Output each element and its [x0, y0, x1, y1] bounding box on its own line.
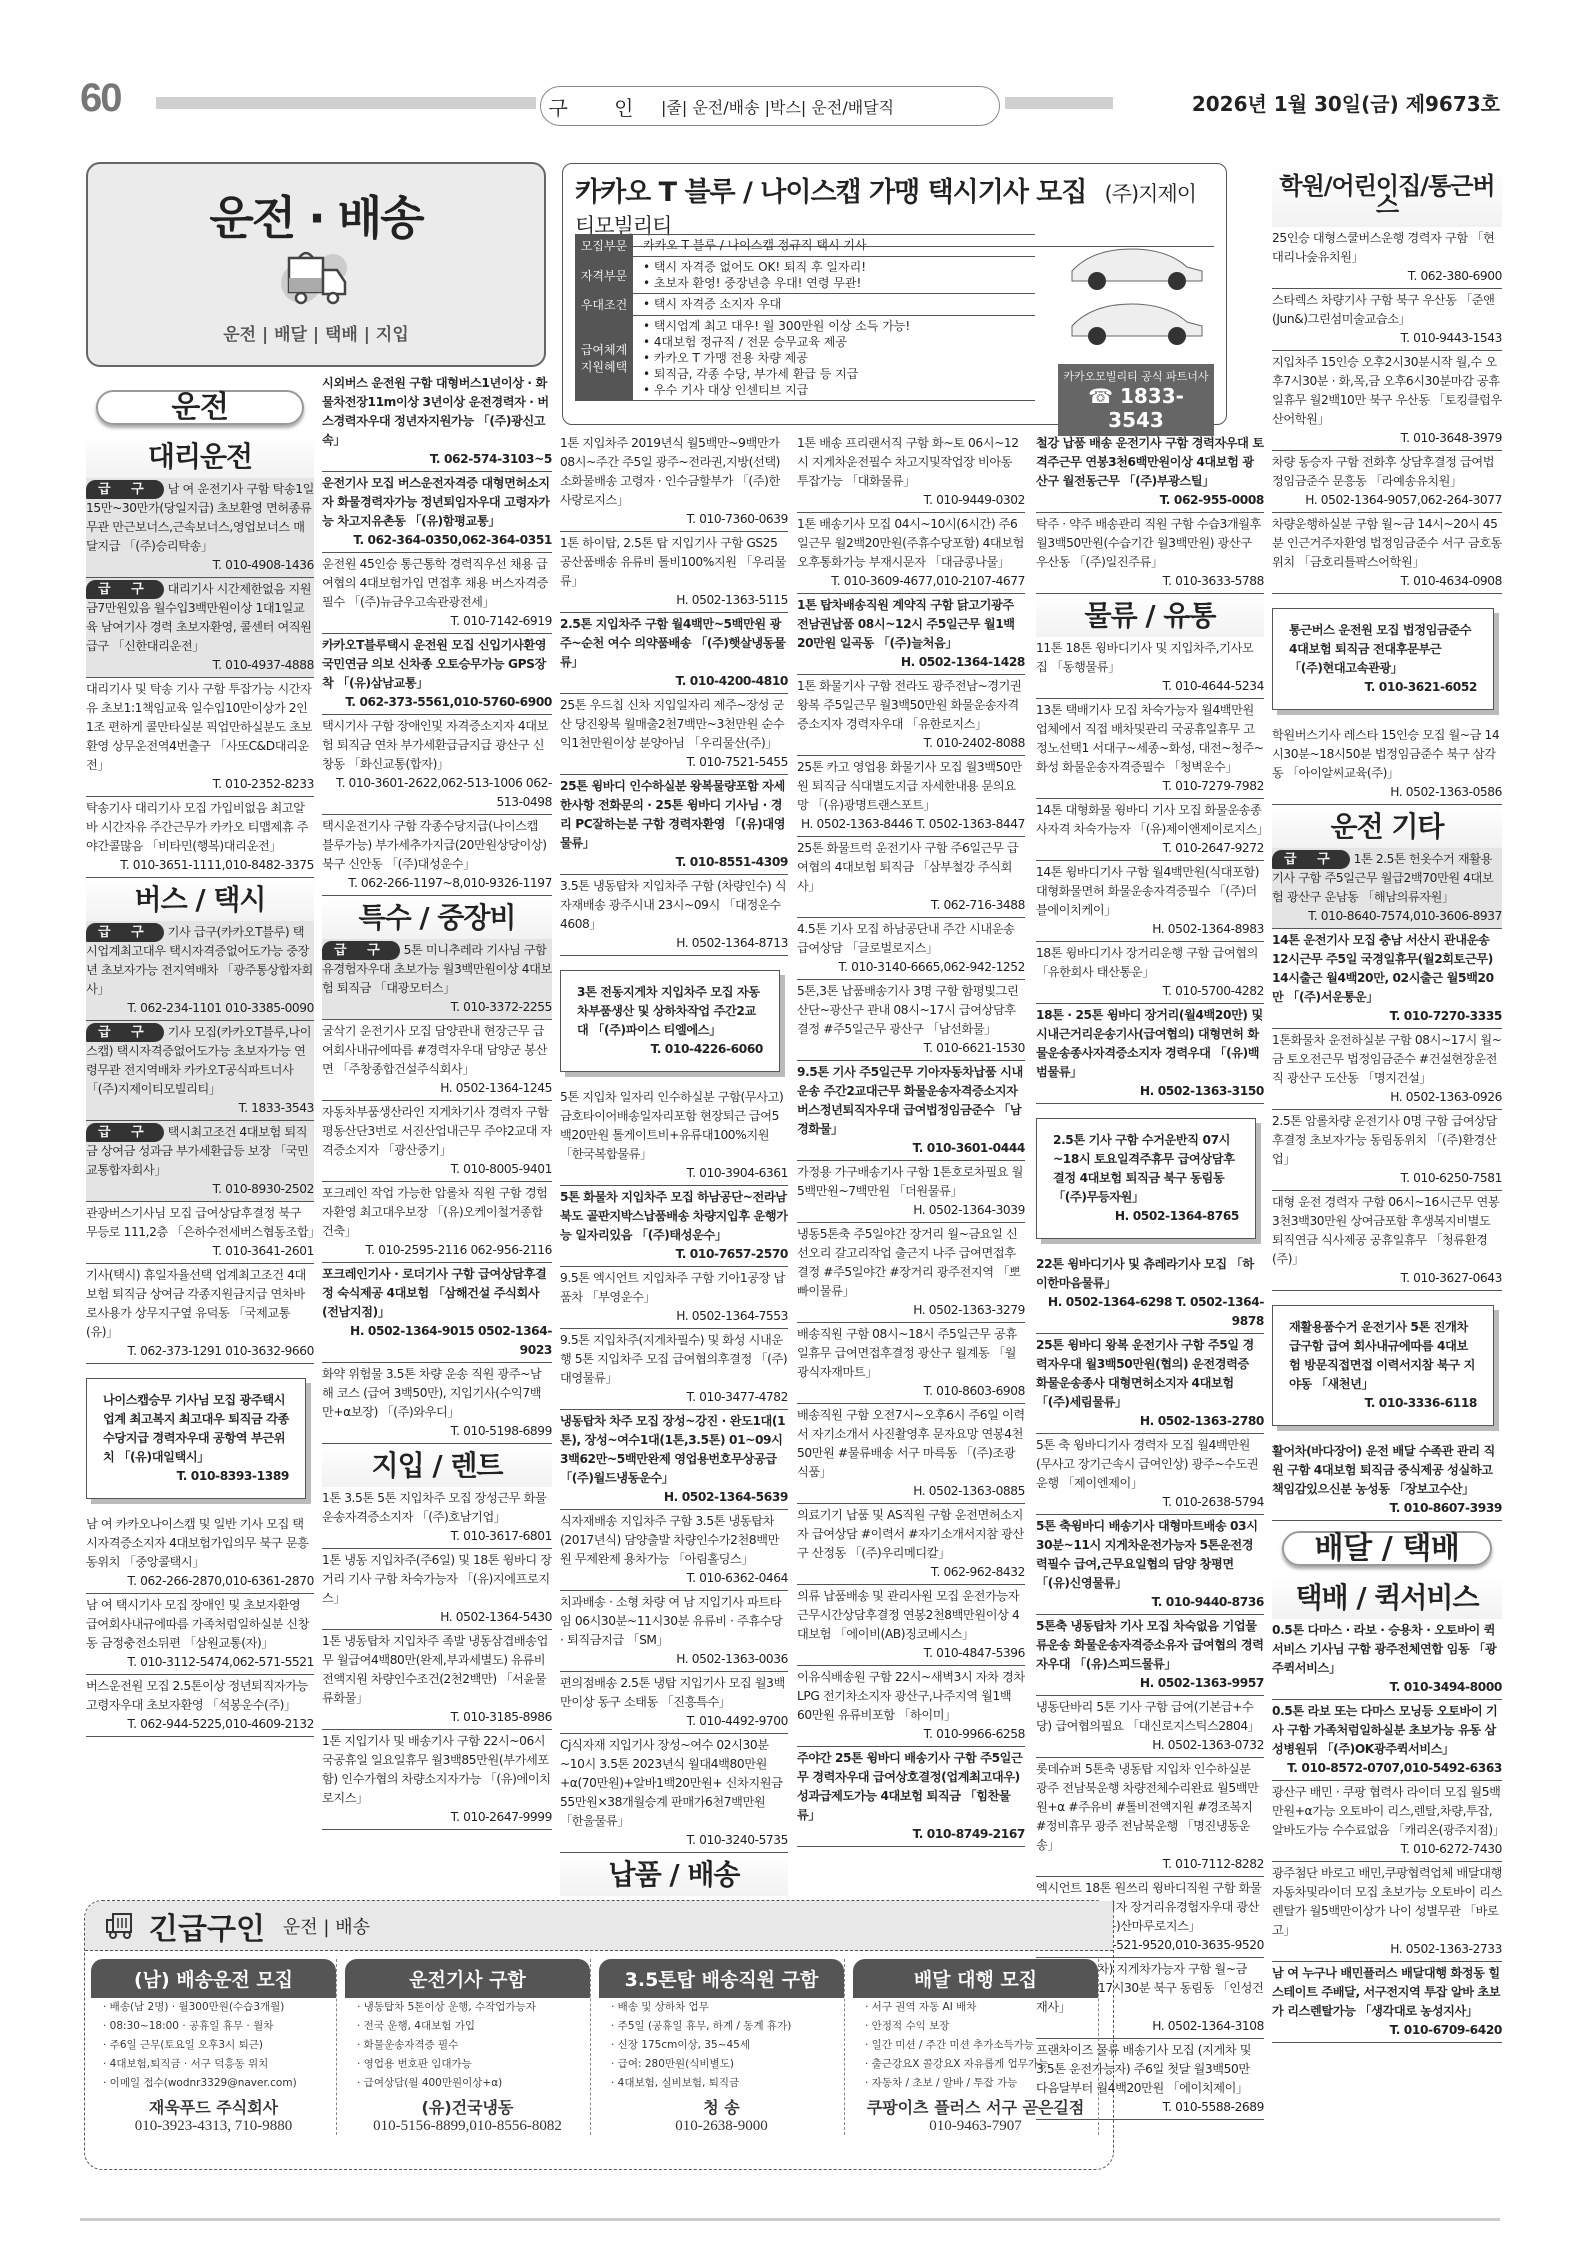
- ad-phone: H. 0502-1363-2733: [1272, 1940, 1502, 1959]
- ad-phone: T. 062-266-2870,010-6361-2870: [86, 1572, 314, 1591]
- classified-ad: Cj식자재 지입기사 장성~여수 02시30분~10시 3.5톤 2023년식 …: [560, 1734, 788, 1853]
- classified-ad: 탁송기사 대리기사 모집 가입비없음 최고알바 시간자유 주간근무가 카카오 티…: [86, 797, 314, 878]
- ad-text: 주야간 25톤 윙바디 배송기사 구함 주5일근무 경력자우대 급여상호결정(업…: [797, 1751, 1022, 1822]
- ad-text: 냉동탑차 차주 모집 장성~강진 · 완도1대(1톤), 장성~여수1대(1톤,…: [560, 1414, 785, 1485]
- ad-text: 탁송기사 대리기사 모집 가입비없음 최고알바 시간자유 주간근무가 카카오 티…: [86, 801, 308, 853]
- issue-date: 2026년 1월 30일(금) 제9673호: [1192, 88, 1500, 117]
- taxi-car-image: [1062, 226, 1212, 346]
- ad-phone: T. 010-3601-0444: [797, 1139, 1025, 1158]
- ad-phone: H. 0502-1363-3279: [797, 1301, 1025, 1320]
- footer-rule: [80, 2218, 1500, 2221]
- classified-ad: 9.5톤 엑시언트 지입차주 구함 기아1공장 납품차 「부영운수」H. 050…: [560, 1267, 788, 1329]
- classified-ad: 급 구남 여 운전기사 구함 탁송1일 15만~30만가(당일지급) 초보환영 …: [86, 478, 314, 578]
- ad-phone: T. 010-8603-6908: [797, 1382, 1025, 1401]
- boxed-ad: 재활용품수거 운전기사 5톤 진개차 급구함 급여 회사내규에따름 4대보험 방…: [1272, 1305, 1494, 1426]
- section-heading: 배달 / 택배: [1282, 1531, 1492, 1566]
- ad-phone: H. 0502-1363-0586: [1272, 783, 1502, 802]
- column-4: 1톤 배송 프리랜서직 구함 화~토 06시~12시 지게차운전필수 차고지및작…: [797, 432, 1025, 1847]
- classified-ad: 1톤 하이탑, 2.5톤 탑 지입기사 구함 GS25 공산품배송 유류비 톨비…: [560, 532, 788, 613]
- subsection-heading: 특수 / 중장비: [322, 896, 552, 939]
- classified-ad: 11톤 18톤 윙바디기사 및 지입차주,기사모집 「동행물류」T. 010-4…: [1036, 637, 1264, 699]
- ad-list: 학원버스기사 레스타 15인승 모집 월~금 14시30분~18시50분 법정임…: [1272, 724, 1502, 805]
- ad-phone: T. 010-3609-4677,010-2107-4677: [797, 572, 1025, 591]
- classified-ad: 남 여 누구나 배민플러스 배달대행 화정동 힐스테이트 주배달, 서구전지역 …: [1272, 1962, 1502, 2043]
- ad-text: 25톤 화물트럭 운전기사 구함 주6일근무 급여협의 4대보험 퇴직금 「삼부…: [797, 841, 1018, 893]
- ad-phone: H. 0502-1364-1428: [797, 653, 1025, 672]
- emergency-header: 긴급구인 운전 | 배송: [85, 1901, 1113, 1951]
- ad-text: 치과배송 · 소형 차량 여 남 지입기사 파트타임 06시30분~11시30분…: [560, 1595, 783, 1647]
- card-item: · 안정적 수익 보장: [853, 2017, 1098, 2036]
- ad-text: 11톤 18톤 윙바디기사 및 지입차주,기사모집 「동행물류」: [1036, 641, 1253, 674]
- ad-phone: T. 010-7657-2570: [560, 1245, 788, 1264]
- classified-ad: 2.5톤 지입차주 구함 월4백만~5백만원 광주~순천 여수 의약품배송 「(…: [560, 613, 788, 694]
- classified-ad: 의료기기 납품 및 AS직원 구함 운전면허소지자 급여상담 #이력서 #자기소…: [797, 1504, 1025, 1585]
- classified-ad: 14톤 윙바디기사 구함 월4백만원(식대포함) 대형화물면허 화물운송자격증필…: [1036, 861, 1264, 942]
- classified-ad: 5톤축 냉동탑차 기사 모집 차숙없음 기업물류운송 화물운송자격증소유자 급여…: [1036, 1615, 1264, 1696]
- classified-ad: 대형 운전 경력자 구함 06시~16시근무 연봉3천3백30만원 상여금포함 …: [1272, 1191, 1502, 1291]
- classified-ad: 냉동5톤축 주5일야간 장거리 월~금요일 신선오리 갈고리작업 출근지 나주 …: [797, 1223, 1025, 1323]
- ad-text: 5톤,3톤 납품배송기사 3명 구함 함평빛그린산단~광산구 관내 08시~17…: [797, 984, 1018, 1036]
- classified-ad: 탁주 · 약주 배송관리 직원 구함 수습3개월후 월3백50만원(수습기간 월…: [1036, 513, 1264, 594]
- classified-ad: 1톤화물차 운전하실분 구함 08시~17시 월~금 토오전근무 법정임금준수 …: [1272, 1029, 1502, 1110]
- ad-list: 급 구1톤 2.5톤 헌옷수거 재활용기사 구함 주5일근무 월급2백70만원 …: [1272, 848, 1502, 1291]
- ad-phone: T. 010-3601-2622,062-513-1006 062-513-04…: [322, 774, 552, 812]
- ad-text: 편의점배송 2.5톤 냉탑 지입기사 모집 월3백만이상 동구 소태동 「진흥특…: [560, 1676, 785, 1709]
- ad-text: 택시기사 구함 장애인및 자격증소지자 4대보험 퇴직금 연차 부가세환급금지급…: [322, 719, 548, 771]
- emergency-title: 긴급구인: [149, 1904, 265, 1948]
- card-phone: 010-2638-9000: [599, 2118, 844, 2135]
- ad-text: 1톤 지입기사 및 배송기사 구함 22시~06시 국공휴일 일요일휴무 월3백…: [322, 1734, 551, 1805]
- ad-list: 철강 납품 배송 운전기사 구함 경력자우대 토격주근무 연봉3천6백만원이상 …: [1036, 432, 1264, 594]
- classified-ad: 배송직원 구함 08시~18시 주5일근무 공휴일휴무 급여면접후결정 광산구 …: [797, 1323, 1025, 1404]
- classified-ad: 배송직원 구함 오전7시~오후6시 주6일 이력서 자기소개서 사진촬영후 문자…: [797, 1404, 1025, 1504]
- classified-ad: 남 여 택시기사 모집 장애인 및 초보자환영 급여회사내규에따름 가족처럼일하…: [86, 1594, 314, 1675]
- card-item: · 전국 운행, 4대보험 가입: [345, 2017, 590, 2036]
- emergency-subtitle: 운전 | 배송: [283, 1913, 370, 1939]
- ad-phone: T. 010-9966-6258: [797, 1725, 1025, 1744]
- column-2: 시외버스 운전원 구함 대형버스1년이상 · 화물차전장11m이상 3년이상 운…: [322, 372, 552, 1830]
- ad-phone: T. 010-4847-5396: [797, 1644, 1025, 1663]
- classified-ad: 1톤 냉동탑차 지입차주 족발 냉동삼겹배송업무 월급여4백80만(완제,부과세…: [322, 1630, 552, 1730]
- classified-ad: 급 구1톤 2.5톤 헌옷수거 재활용기사 구함 주5일근무 월급2백70만원 …: [1272, 848, 1502, 929]
- card-item: · 자동차 / 초보 / 알바 / 투잡 가능: [853, 2074, 1098, 2093]
- card-heading: 운전기사 구함: [345, 1959, 590, 1998]
- ad-text: 의료기기 납품 및 AS직원 구함 운전면허소지자 급여상담 #이력서 #자기소…: [797, 1508, 1024, 1560]
- ad-phone: T. 010-8749-2167: [797, 1825, 1025, 1844]
- classified-ad: 14톤 운전기사 모집 충남 서산시 관내운송 12시근무 주5일 국경일휴무(…: [1272, 929, 1502, 1029]
- ad-phone: T. 010-3336-6118: [1289, 1394, 1477, 1413]
- ad-phone: T. 010-8930-2502: [86, 1180, 314, 1199]
- ad-phone: T. 010-2638-5794: [1036, 1493, 1264, 1512]
- ad-phone: T. 010-7521-5455: [560, 753, 788, 772]
- ad-text: 광산구 배민 · 쿠팡 협력사 라이더 모집 월5백만원+α가능 오토바이 리스…: [1272, 1785, 1505, 1837]
- classified-ad: 롯데슈퍼 5톤축 냉동탑 지입차 인수하실분 광주 전남북운행 차량전체수리완료…: [1036, 1758, 1264, 1877]
- ad-phone: T. 010-3240-5735: [560, 1831, 788, 1850]
- ad-phone: T. 062-716-3488: [797, 896, 1025, 915]
- ad-phone: T. 010-8005-9401: [322, 1160, 552, 1179]
- classified-ad: 5톤 지입차 일자리 인수하실분 구함(무사고) 금호타이어배송일자리포함 현장…: [560, 1086, 788, 1186]
- ad-list: 1톤 3.5톤 5톤 지입차주 모집 장성근무 화물운송자격증소지자 「(주)호…: [322, 1487, 552, 1830]
- urgent-badge: 급 구: [86, 1023, 164, 1042]
- subsection-heading: 지입 / 렌트: [322, 1444, 552, 1487]
- ad-phone: T. 010-3633-5788: [1036, 572, 1264, 591]
- classified-ad: 25톤 윙바디 왕복 운전기사 구함 주5일 경력자우대 월3백50만원(협의)…: [1036, 1334, 1264, 1434]
- ad-text: Cj식자재 지입기사 장성~여수 02시30분~10시 3.5톤 2023년식 …: [560, 1738, 783, 1828]
- ad-text: 13톤 택배기사 모집 차숙가능자 월4백만원 업체에서 직접 배차및관리 국공…: [1036, 703, 1264, 774]
- ad-text: 차량 동승자 구함 전화후 상담후결정 급여법정임금준수 문흥동 「라예송유치원…: [1272, 455, 1494, 488]
- ad-text: 굴삭기 운전기사 모집 담양관내 현장근무 급여회사내규에따름 #경력자우대 담…: [322, 1024, 547, 1076]
- classified-ad: 굴삭기 운전기사 모집 담양관내 현장근무 급여회사내규에따름 #경력자우대 담…: [322, 1020, 552, 1101]
- ad-phone: T. 1833-3543: [86, 1099, 314, 1118]
- ad-phone: T. 010-8607-3939: [1272, 1499, 1502, 1518]
- ad-text: 1톤 하이탑, 2.5톤 탑 지입기사 구함 GS25 공산품배송 유류비 톨비…: [560, 536, 786, 588]
- urgent-badge: 급 구: [86, 923, 164, 942]
- ad-phone: T. 010-2647-9999: [322, 1808, 552, 1827]
- classified-ad: 1톤 3.5톤 5톤 지입차주 모집 장성근무 화물운송자격증소지자 「(주)호…: [322, 1487, 552, 1549]
- ad-phone: T. 010-3617-6801: [322, 1527, 552, 1546]
- ad-text: 25톤 우드칩 신차 지입일자리 제주~장성 군산 당진왕복 월매출2천7백만~…: [560, 698, 784, 750]
- ad-phone: H. 0502-1363-2780: [1036, 1412, 1264, 1431]
- classified-ad: 대리기사 및 탁송 기사 구함 투잡가능 시간자유 초보1:1책임교육 일수입1…: [86, 678, 314, 797]
- urgent-badge: 급 구: [86, 580, 164, 599]
- header-rule: [1005, 97, 1113, 109]
- card-item: · 4대보험,퇴직금 · 서구 덕흥동 위치: [91, 2055, 336, 2074]
- classified-ad: 9.5톤 기사 주5일근무 기아자동차납품 시내운송 주간2교대근무 화물운송자…: [797, 1061, 1025, 1161]
- ad-text: 남 여 카카오나이스캡 및 일반 기사 모집 택시자격증소지자 4대보험가입의무…: [86, 1517, 309, 1569]
- subsection-heading: 택배 / 퀵서비스: [1272, 1576, 1502, 1619]
- ad-phone: H. 0502-1363-8446 T. 0502-1363-8447: [797, 815, 1025, 834]
- ad-text: 배송직원 구함 08시~18시 주5일근무 공휴일휴무 급여면접후결정 광산구 …: [797, 1327, 1017, 1379]
- ad-phone: T. 010-4200-4810: [560, 672, 788, 691]
- classified-ad: 1톤 배송 프리랜서직 구함 화~토 06시~12시 지게차운전필수 차고지및작…: [797, 432, 1025, 513]
- ad-text: 5톤축 냉동탑차 기사 모집 차숙없음 기업물류운송 화물운송자격증소유자 급여…: [1036, 1619, 1264, 1671]
- ad-text: 차량운행하실분 구함 월~금 14시~20시 45분 인근거주자환영 법정임금준…: [1272, 517, 1502, 569]
- classified-ad: 관광버스기사님 모집 급여상담후결정 북구 무등로 111,2층 「은하수전세버…: [86, 1202, 314, 1264]
- card-item: · 냉동탑차 5톤이상 운행, 수작업가능자: [345, 1998, 590, 2017]
- ad-list: 급 구5톤 미니추레라 기사님 구함 유경험자우대 초보가능 월3백만원이상 4…: [322, 939, 552, 1444]
- ad-phone: H. 0502-1364-8713: [560, 934, 788, 953]
- card-phone: 010-9463-7907: [853, 2118, 1098, 2135]
- ad-text: 14톤 대형화물 윙바디 기사 모집 화물운송종사자격 차숙가능자 「(유)제이…: [1036, 803, 1269, 836]
- classified-ad: 18톤 · 25톤 윙바디 장거리(월4백20만) 및 시내근거리운송기사(급여…: [1036, 1004, 1264, 1104]
- ad-phone: T. 010-4492-9700: [560, 1712, 788, 1731]
- ad-phone: H. 0502-1364-8765: [1053, 1207, 1239, 1226]
- classified-ad: 5톤 축윙바디 배송기사 대형마트배송 03시30분~11시 지게차운전가능자 …: [1036, 1515, 1264, 1615]
- card-item: · 이메일 접수(wodnr3329@naver.com): [91, 2074, 336, 2093]
- row-text: 카카오 T 블루 / 나이스캡 정규직 택시 기사: [633, 235, 877, 256]
- ad-phone: T. 010-3621-6052: [1289, 678, 1477, 697]
- ad-text: 철강 납품 배송 운전기사 구함 경력자우대 토격주근무 연봉3천6백만원이상 …: [1036, 436, 1264, 488]
- classified-ad: 1톤 지입기사 및 배송기사 구함 22시~06시 국공휴일 일요일휴무 월3백…: [322, 1730, 552, 1830]
- ad-text: 18톤 · 25톤 윙바디 장거리(월4백20만) 및 시내근거리운송기사(급여…: [1036, 1008, 1263, 1079]
- boxed-ad: 나이스캡승무 기사님 모집 광주택시업계 최고복지 최고대우 퇴직금 각종수당지…: [86, 1378, 306, 1499]
- classified-ad: 스타렉스 차량기사 구함 북구 우산동 「준앤(Jun&)그린섬미술교습소」T.…: [1272, 289, 1502, 351]
- ad-phone: H. 0502-1364-9015 0502-1364-9023: [322, 1322, 552, 1360]
- ad-list: 1톤 지입차주 2019년식 월5백만~9백만가 08시~주간 주5일 광주~전…: [560, 432, 788, 956]
- column-5: 철강 납품 배송 운전기사 구함 경력자우대 토격주근무 연봉3천6백만원이상 …: [1036, 432, 1264, 2120]
- ad-phone: H. 0502-1363-0036: [560, 1650, 788, 1669]
- ad-list: 급 구남 여 운전기사 구함 탁송1일 15만~30만가(당일지급) 초보환영 …: [86, 478, 314, 878]
- card-item: · 4대보험, 실비보험, 퇴직금: [599, 2074, 844, 2093]
- ad-phone: T. 062-574-3103~5: [322, 450, 552, 469]
- classified-ad: 치과배송 · 소형 차량 여 남 지입기사 파트타임 06시30분~11시30분…: [560, 1591, 788, 1672]
- card-item: · 급여상담(월 400만원이상+α): [345, 2074, 590, 2093]
- card-company: 재욱푸드 주식회사: [91, 2095, 336, 2118]
- ad-phone: T. 010-2647-9272: [1036, 839, 1264, 858]
- ad-phone: T. 010-3112-5474,062-571-5521: [86, 1653, 314, 1672]
- truck-icon: [105, 1912, 139, 1940]
- page-number: 60: [80, 76, 121, 121]
- ad-phone: H. 0502-1363-0885: [797, 1482, 1025, 1501]
- ad-list: 0.5톤 다마스 · 라보 · 승용차 · 오토바이 퀵서비스 기사님 구함 광…: [1272, 1619, 1502, 2043]
- ad-text: 9.5톤 지입차주(지게차필수) 및 화성 시내운행 5톤 지입차주 모집 급여…: [560, 1333, 787, 1385]
- classified-ad: 13톤 택배기사 모집 차숙가능자 월4백만원 업체에서 직접 배차및관리 국공…: [1036, 699, 1264, 799]
- classified-ad: 화약 위험물 3.5톤 차량 운송 직원 광주~남해 코스 (급여 3백50만)…: [322, 1363, 552, 1444]
- ad-phone: T. 010-8393-1389: [103, 1467, 289, 1486]
- classified-ad: 18톤 윙바디기사 장거리운행 구함 급여협의 「유한회사 태산통운」T. 01…: [1036, 942, 1264, 1004]
- ad-phone: T. 010-2595-2116 062-956-2116: [322, 1241, 552, 1260]
- ad-text: 남 여 택시기사 모집 장애인 및 초보자환영 급여회사내규에따름 가족처럼일하…: [86, 1598, 309, 1650]
- ad-phone: T. 010-8572-0707,010-5492-6363: [1272, 1759, 1502, 1778]
- ad-phone: T. 010-6709-6420: [1272, 2021, 1502, 2040]
- classified-ad: 25인승 대형스쿨버스운행 경력자 구함 「현대리나숲유치원」T. 062-38…: [1272, 227, 1502, 289]
- ad-phone: T. 010-2402-8088: [797, 734, 1025, 753]
- card-company: 쿠팡이츠 플러스 서구 곧은길점: [853, 2095, 1098, 2118]
- ad-phone: T. 062-234-1101 010-3385-0090: [86, 999, 314, 1018]
- card-company: (유)건국냉동: [345, 2095, 590, 2118]
- ad-text: 5톤 축 윙바디기사 경력자 모집 월4백만원 (무사고 장기근속시 급여인상)…: [1036, 1438, 1258, 1490]
- kakao-taxi-ad: 카카오 T 블루 / 나이스캡 가맹 택시기사 모집(주)지제이티모빌리티 모집…: [562, 163, 1227, 425]
- section-tab: 구 인 |줄| 운전/배송 |박스| 운전/배달직: [540, 86, 1000, 126]
- page-header: 60 구 인 |줄| 운전/배송 |박스| 운전/배달직 2026년 1월 30…: [80, 82, 1500, 118]
- ad-text: 2.5톤 암롤차량 운전기사 0명 구함 급여상담후결정 초보자가능 동림동위치…: [1272, 1114, 1497, 1166]
- classified-ad: 급 구기사 모집(카카오T블루,나이스캡) 택시자격증없어도가능 초보자가능 연…: [86, 1021, 314, 1121]
- ad-text: 광주첨단 바로고 배민,쿠팡협력업체 배달대행 자동차및라이더 모집 초보가능 …: [1272, 1866, 1502, 1937]
- card-item: · 신장 175cm이상, 35~45세: [599, 2036, 844, 2055]
- classified-ad: 1톤 배송기사 모집 04시~10시(6시간) 주6일근무 월2백20만원(주휴…: [797, 513, 1025, 594]
- ad-phone: T. 010-3641-2601: [86, 1242, 314, 1261]
- classified-ad: 포크레인 작업 가능한 압롤차 직원 구함 경험자환영 최고대우보장 「(유)오…: [322, 1182, 552, 1263]
- ad-text: 포크레인기사 · 로더기사 구함 급여상담후결정 숙식제공 4대보험 「삼해건설…: [322, 1267, 546, 1319]
- ad-text: 대리기사 및 탁송 기사 구함 투잡가능 시간자유 초보1:1책임교육 일수입1…: [86, 682, 312, 772]
- classified-ad: 포크레인기사 · 로더기사 구함 급여상담후결정 숙식제공 4대보험 「삼해건설…: [322, 1263, 552, 1363]
- ad-phone: T. 010-4226-6060: [577, 1040, 763, 1059]
- section-title: 구 인: [541, 92, 661, 121]
- ad-phone: T. 062-962-8432: [797, 1563, 1025, 1582]
- card-item: · 출근강요X 콜강요X 자유롭게 업무가능: [853, 2055, 1098, 2074]
- row-label: 자격부문: [575, 257, 633, 293]
- ad-list: 급 구기사 급구(카카오T블루) 택시업계최고대우 택시자격증없어도가능 중장년…: [86, 921, 314, 1364]
- ad-text: 3.5톤 냉동탑차 지입차주 구함 (차량인수) 식자재배송 광주시내 23시~…: [560, 879, 786, 931]
- ad-text: 의류 납품배송 및 관리사원 모집 운전가능자 근무시간상담후결정 연봉2천8백…: [797, 1589, 1019, 1641]
- ad-phone: T. 010-4644-5234: [1036, 677, 1264, 696]
- ad-phone: H. 0502-1364-5639: [560, 1488, 788, 1507]
- ad-title: 카카오 T 블루 / 나이스캡 가맹 택시기사 모집: [575, 177, 1086, 208]
- classified-ad: 냉동탑차 차주 모집 장성~강진 · 완도1대(1톤), 장성~여수1대(1톤,…: [560, 1410, 788, 1510]
- ad-phone: T. 010-3477-4782: [560, 1388, 788, 1407]
- ad-phone: H. 0502-1363-0926: [1272, 1088, 1502, 1107]
- ad-text: 화약 위험물 3.5톤 차량 운송 직원 광주~남해 코스 (급여 3백50만)…: [322, 1367, 541, 1419]
- ad-phone: T. 062-364-0350,062-364-0351: [322, 531, 552, 550]
- ad-phone: H. 0502-1363-3150: [1036, 1082, 1264, 1101]
- ad-phone: T. 010-3651-1111,010-8482-3375: [86, 856, 314, 875]
- column-1: 운전 대리운전 급 구남 여 운전기사 구함 탁송1일 15만~30만가(당일지…: [86, 380, 314, 1737]
- subsection-heading: 납품 / 배송: [560, 1853, 788, 1896]
- partner-phone-box: 카카오모빌리티 공식 파트너사 ☎ 1833-3543: [1058, 364, 1214, 436]
- ad-phone: T. 010-8640-7574,010-3606-8937: [1272, 907, 1502, 926]
- ad-text: 재활용품수거 운전기사 5톤 진개차 급구함 급여 회사내규에따름 4대보험 방…: [1289, 1318, 1477, 1394]
- classified-ad: 버스운전원 모집 2.5톤이상 정년퇴직자가능 고령자우대 초보자환영 「석봉운…: [86, 1675, 314, 1737]
- ad-text: 5톤 축윙바디 배송기사 대형마트배송 03시30분~11시 지게차운전가능자 …: [1036, 1519, 1258, 1590]
- card-item: · 서구 권역 자동 AI 배차: [853, 1998, 1098, 2017]
- delivery-truck-bag-icon: [271, 248, 361, 308]
- ad-phone: H. 0502-1364-7553: [560, 1307, 788, 1326]
- ad-text: 활어차(바다장어) 운전 배달 수족관 관리 직원 구함 4대보험 퇴직금 중식…: [1272, 1444, 1495, 1496]
- classified-ad: 1톤 지입차주 2019년식 월5백만~9백만가 08시~주간 주5일 광주~전…: [560, 432, 788, 532]
- boxed-ad: 3톤 전동지게차 지입차주 모집 자동차부품생산 및 상하차작업 주간2교대 「…: [560, 970, 780, 1072]
- ad-text: 시외버스 운전원 구함 대형버스1년이상 · 화물차전장11m이상 3년이상 운…: [322, 376, 549, 447]
- ad-phone: H. 0502-1364-5430: [322, 1608, 552, 1627]
- category-banner: 운전 · 배송 운전 | 배달 | 택배 | 지입: [86, 162, 546, 367]
- classified-ad: 급 구5톤 미니추레라 기사님 구함 유경험자우대 초보가능 월3백만원이상 4…: [322, 939, 552, 1020]
- emergency-card: 3.5톤탑 배송직원 구함· 배송 및 상하차 업무· 주5일 (공휴일 휴무,…: [599, 1959, 845, 2135]
- ad-phone: H. 0502-1364-8983: [1036, 920, 1264, 939]
- ad-phone: H. 0502-1364-1245: [322, 1079, 552, 1098]
- ad-phone: T. 062-944-5225,010-4609-2132: [86, 1715, 314, 1734]
- ad-text: 0.5톤 라보 또는 다마스 모닝등 오토바이 기사 구함 가족처럼일하실분 초…: [1272, 1704, 1497, 1756]
- ad-text: 14톤 윙바디기사 구함 월4백만원(식대포함) 대형화물면허 화물운송자격증필…: [1036, 865, 1259, 917]
- ad-phone: T. 062-266-1197~8,010-9326-1197: [322, 874, 552, 893]
- row-text: • 택시 자격증 없어도 OK! 퇴직 후 일자리! • 초보자 환영! 중장년…: [633, 257, 876, 293]
- section-subtitle: |줄| 운전/배송 |박스| 운전/배달직: [661, 95, 894, 118]
- classified-ad: 3.5톤 냉동탑차 지입차주 구함 (차량인수) 식자재배송 광주시내 23시~…: [560, 875, 788, 956]
- ad-text: 1톤 3.5톤 5톤 지입차주 모집 장성근무 화물운송자격증소지자 「(주)호…: [322, 1491, 546, 1524]
- ad-text: 25톤 윙바디 인수하실분 왕복물량포함 자세한사항 전화문의 · 25톤 윙바…: [560, 779, 785, 850]
- ad-phone: T. 010-6272-7430: [1272, 1840, 1502, 1859]
- ad-text: 나이스캡승무 기사님 모집 광주택시업계 최고복지 최고대우 퇴직금 각종수당지…: [103, 1391, 289, 1467]
- ad-text: 가정용 가구배송기사 구함 1톤호로차필요 월5백만원~7백만원 「더원물류」: [797, 1165, 1023, 1198]
- ad-text: 남 여 누구나 배민플러스 배달대행 화정동 힐스테이트 주배달, 서구전지역 …: [1272, 1966, 1500, 2018]
- ad-text: 식자재배송 지입차주 구함 3.5톤 냉동탑차(2017년식) 담양출발 차량인…: [560, 1514, 779, 1566]
- ad-text: 포크레인 작업 가능한 압롤차 직원 구함 경험자환영 최고대우보장 「(유)오…: [322, 1186, 548, 1238]
- emergency-card: (남) 배송운전 모집· 배송(남 2명) · 월300만원(수습3개월)· 0…: [91, 1959, 337, 2135]
- ad-phone: H. 0502-1364-6298 T. 0502-1364-9878: [1036, 1293, 1264, 1331]
- card-item: · 일간 미션 / 주간 미션 추가소득가능: [853, 2036, 1098, 2055]
- classified-ad: 지입차주 15인승 오후2시30분시작 월,수 오후7시30분 · 화,목,금 …: [1272, 351, 1502, 451]
- classified-ad: 5톤 축 윙바디기사 경력자 모집 월4백만원 (무사고 장기근속시 급여인상)…: [1036, 1434, 1264, 1515]
- ad-phone: T. 010-9440-8736: [1036, 1593, 1264, 1612]
- ad-text: 0.5톤 다마스 · 라보 · 승용차 · 오토바이 퀵서비스 기사님 구함 광…: [1272, 1623, 1496, 1675]
- ad-text: 1톤 탑차배송직원 계약직 구함 닭고기광주전남권납품 08시~12시 주5일근…: [797, 598, 1015, 650]
- card-heading: 3.5톤탑 배송직원 구함: [599, 1959, 844, 1998]
- ad-phone: T. 010-5198-6899: [322, 1422, 552, 1441]
- ad-phone: T. 010-4634-0908: [1272, 572, 1502, 591]
- ad-list: 활어차(바다장어) 운전 배달 수족관 관리 직원 구함 4대보험 퇴직금 중식…: [1272, 1440, 1502, 1521]
- ad-text: 1톤 지입차주 2019년식 월5백만~9백만가 08시~주간 주5일 광주~전…: [560, 436, 780, 507]
- ad-text: 스타렉스 차량기사 구함 북구 우산동 「준앤(Jun&)그린섬미술교습소」: [1272, 293, 1495, 326]
- urgent-badge: 급 구: [86, 1123, 164, 1142]
- subsection-heading: 운전 기타: [1272, 805, 1502, 848]
- ad-text: 5톤 화물차 지입차주 모집 하남공단~전라남북도 골판지박스납품배송 차량지입…: [560, 1190, 788, 1242]
- classified-ad: 5톤 화물차 지입차주 모집 하남공단~전라남북도 골판지박스납품배송 차량지입…: [560, 1186, 788, 1267]
- classified-ad: 급 구기사 급구(카카오T블루) 택시업계최고대우 택시자격증없어도가능 중장년…: [86, 921, 314, 1021]
- ad-text: 대형 운전 경력자 구함 06시~16시근무 연봉3천3백30만원 상여금포함 …: [1272, 1195, 1499, 1266]
- subsection-heading: 대리운전: [86, 435, 314, 478]
- emergency-cards: (남) 배송운전 모집· 배송(남 2명) · 월300만원(수습3개월)· 0…: [85, 1951, 1113, 2143]
- header-rule: [156, 97, 536, 109]
- classified-ad: 택시기사 구함 장애인및 자격증소지자 4대보험 퇴직금 연차 부가세환급금지급…: [322, 715, 552, 815]
- ad-phone: T. 062-373-1291 010-3632-9660: [86, 1342, 314, 1361]
- classified-ad: 25톤 카고 영업용 화물기사 모집 월3백50만원 퇴직금 식대별도지급 자세…: [797, 756, 1025, 837]
- ad-text: 배송직원 구함 오전7시~오후6시 주6일 이력서 자기소개서 사진촬영후 문자…: [797, 1408, 1025, 1479]
- ad-phone: H. 0502-1364-9057,062-264-3077: [1272, 491, 1502, 510]
- classified-ad: 0.5톤 다마스 · 라보 · 승용차 · 오토바이 퀵서비스 기사님 구함 광…: [1272, 1619, 1502, 1700]
- emergency-hiring-panel: 긴급구인 운전 | 배송 (남) 배송운전 모집· 배송(남 2명) · 월30…: [84, 1900, 1114, 2170]
- classified-ad: 급 구택시최고조건 4대보험 퇴직금 상여금 성과금 부가세환급등 보장 「국민…: [86, 1121, 314, 1202]
- ad-phone: T. 010-7142-6919: [322, 612, 552, 631]
- ad-text: 버스운전원 모집 2.5톤이상 정년퇴직자가능 고령자우대 초보자환영 「석봉운…: [86, 1679, 308, 1712]
- classified-ad: 9.5톤 지입차주(지게차필수) 및 화성 시내운행 5톤 지입차주 모집 급여…: [560, 1329, 788, 1410]
- ad-phone: T. 010-6250-7581: [1272, 1169, 1502, 1188]
- classified-ad: 자동차부품생산라인 지게차기사 경력자 구함 평동산단3번로 서진산업내근무 주…: [322, 1101, 552, 1182]
- ad-text: 25톤 윙바디 왕복 운전기사 구함 주5일 경력자우대 월3백50만원(협의)…: [1036, 1338, 1254, 1409]
- ad-text: 1톤 냉동탑차 지입차주 족발 냉동삼겹배송업무 월급여4백80만(완제,부과세…: [322, 1634, 548, 1705]
- classified-ad: 0.5톤 라보 또는 다마스 모닝등 오토바이 기사 구함 가족처럼일하실분 초…: [1272, 1700, 1502, 1781]
- ad-text: 지입차주 15인승 오후2시30분시작 월,수 오후7시30분 · 화,목,금 …: [1272, 355, 1502, 426]
- ad-text: 운전원 45인승 통근통학 경력직우선 채용 급여협의 4대보험가입 면접후 채…: [322, 557, 548, 609]
- emergency-card: 운전기사 구함· 냉동탑차 5톤이상 운행, 수작업가능자· 전국 운행, 4대…: [345, 1959, 591, 2135]
- urgent-badge: 급 구: [1272, 850, 1350, 869]
- ad-text: 3톤 전동지게차 지입차주 모집 자동차부품생산 및 상하차작업 주간2교대 「…: [577, 983, 763, 1040]
- ad-phone: T. 010-7279-7982: [1036, 777, 1264, 796]
- ad-phone: T. 062-380-6900: [1272, 267, 1502, 286]
- subsection-heading: 버스 / 택시: [86, 878, 314, 921]
- card-company: 청 송: [599, 2095, 844, 2118]
- ad-phone: T. 010-3372-2255: [322, 998, 552, 1017]
- ad-text: 냉동단바리 5톤 기사 구함 급여(기본급+수당) 급여협의필요 「대신로지스틱…: [1036, 1700, 1260, 1733]
- ad-list: 11톤 18톤 윙바디기사 및 지입차주,기사모집 「동행물류」T. 010-4…: [1036, 637, 1264, 1104]
- row-text: • 택시업계 최고 대우! 월 300만원 이상 소득 가능! • 4대보험 정…: [633, 316, 920, 400]
- card-phone: 010-3923-4313, 710-9880: [91, 2118, 336, 2135]
- classified-ad: 가정용 가구배송기사 구함 1톤호로차필요 월5백만원~7백만원 「더원물류」H…: [797, 1161, 1025, 1223]
- row-label: 우대조건: [575, 294, 633, 315]
- row-label: 급여체계 지원혜택: [575, 316, 633, 400]
- ad-text: 25인승 대형스쿨버스운행 경력자 구함 「현대리나숲유치원」: [1272, 231, 1494, 264]
- classified-ad: 냉동단바리 5톤 기사 구함 급여(기본급+수당) 급여협의필요 「대신로지스틱…: [1036, 1696, 1264, 1758]
- ad-text: 1톤 배송 프리랜서직 구함 화~토 06시~12시 지게차운전필수 차고지및작…: [797, 436, 1019, 488]
- classified-ad: 기사(택시) 휴일자율선택 업계최고조건 4대보험 퇴직금 상여금 각종지원금지…: [86, 1264, 314, 1364]
- card-item: · 주5일 (공휴일 휴무, 하계 / 동계 휴가): [599, 2017, 844, 2036]
- classified-ad: 4.5톤 기사 모집 하남공단내 주간 시내운송 급여상담 「글로벌로지스」T.…: [797, 918, 1025, 980]
- classified-ad: 급 구대리기사 시간제한없음 지원금7만원있음 월수입3백만원이상 1대1일교육…: [86, 578, 314, 678]
- classified-ad: 식자재배송 지입차주 구함 3.5톤 냉동탑차(2017년식) 담양출발 차량인…: [560, 1510, 788, 1591]
- ad-text: 관광버스기사님 모집 급여상담후결정 북구 무등로 111,2층 「은하수전세버…: [86, 1206, 320, 1239]
- ad-phone: T. 010-3140-6665,062-942-1252: [797, 958, 1025, 977]
- banner-categories: 운전 | 배달 | 택배 | 지입: [88, 320, 544, 345]
- classified-ad: 운전원 45인승 통근통학 경력직우선 채용 급여협의 4대보험가입 면접후 채…: [322, 553, 552, 634]
- ad-list: 5톤 지입차 일자리 인수하실분 구함(무사고) 금호타이어배송일자리포함 현장…: [560, 1086, 788, 1853]
- ad-phone: T. 062-955-0008: [1036, 491, 1264, 510]
- card-item: · 화물운송자격증 필수: [345, 2036, 590, 2055]
- classified-ad: 2.5톤 암롤차량 운전기사 0명 구함 급여상담후결정 초보자가능 동림동위치…: [1272, 1110, 1502, 1191]
- ad-text: 1톤 배송기사 모집 04시~10시(6시간) 주6일근무 월2백20만원(주휴…: [797, 517, 1024, 569]
- ad-text: 기사(택시) 휴일자율선택 업계최고조건 4대보험 퇴직금 상여금 각종지원금지…: [86, 1268, 306, 1339]
- ad-phone: H. 0502-1363-9957: [1036, 1674, 1264, 1693]
- ad-text: 이유식배송원 구함 22시~새벽3시 자차 경차 LPG 전기차소지자 광산구,…: [797, 1670, 1025, 1722]
- ad-phone: T. 010-6621-1530: [797, 1039, 1025, 1058]
- classified-ad: 1톤 냉동 지입차주(주6일) 및 18톤 윙바디 장거리 기사 구함 차숙가능…: [322, 1549, 552, 1630]
- ad-text: 9.5톤 엑시언트 지입차주 구함 기아1공장 납품차 「부영운수」: [560, 1271, 785, 1304]
